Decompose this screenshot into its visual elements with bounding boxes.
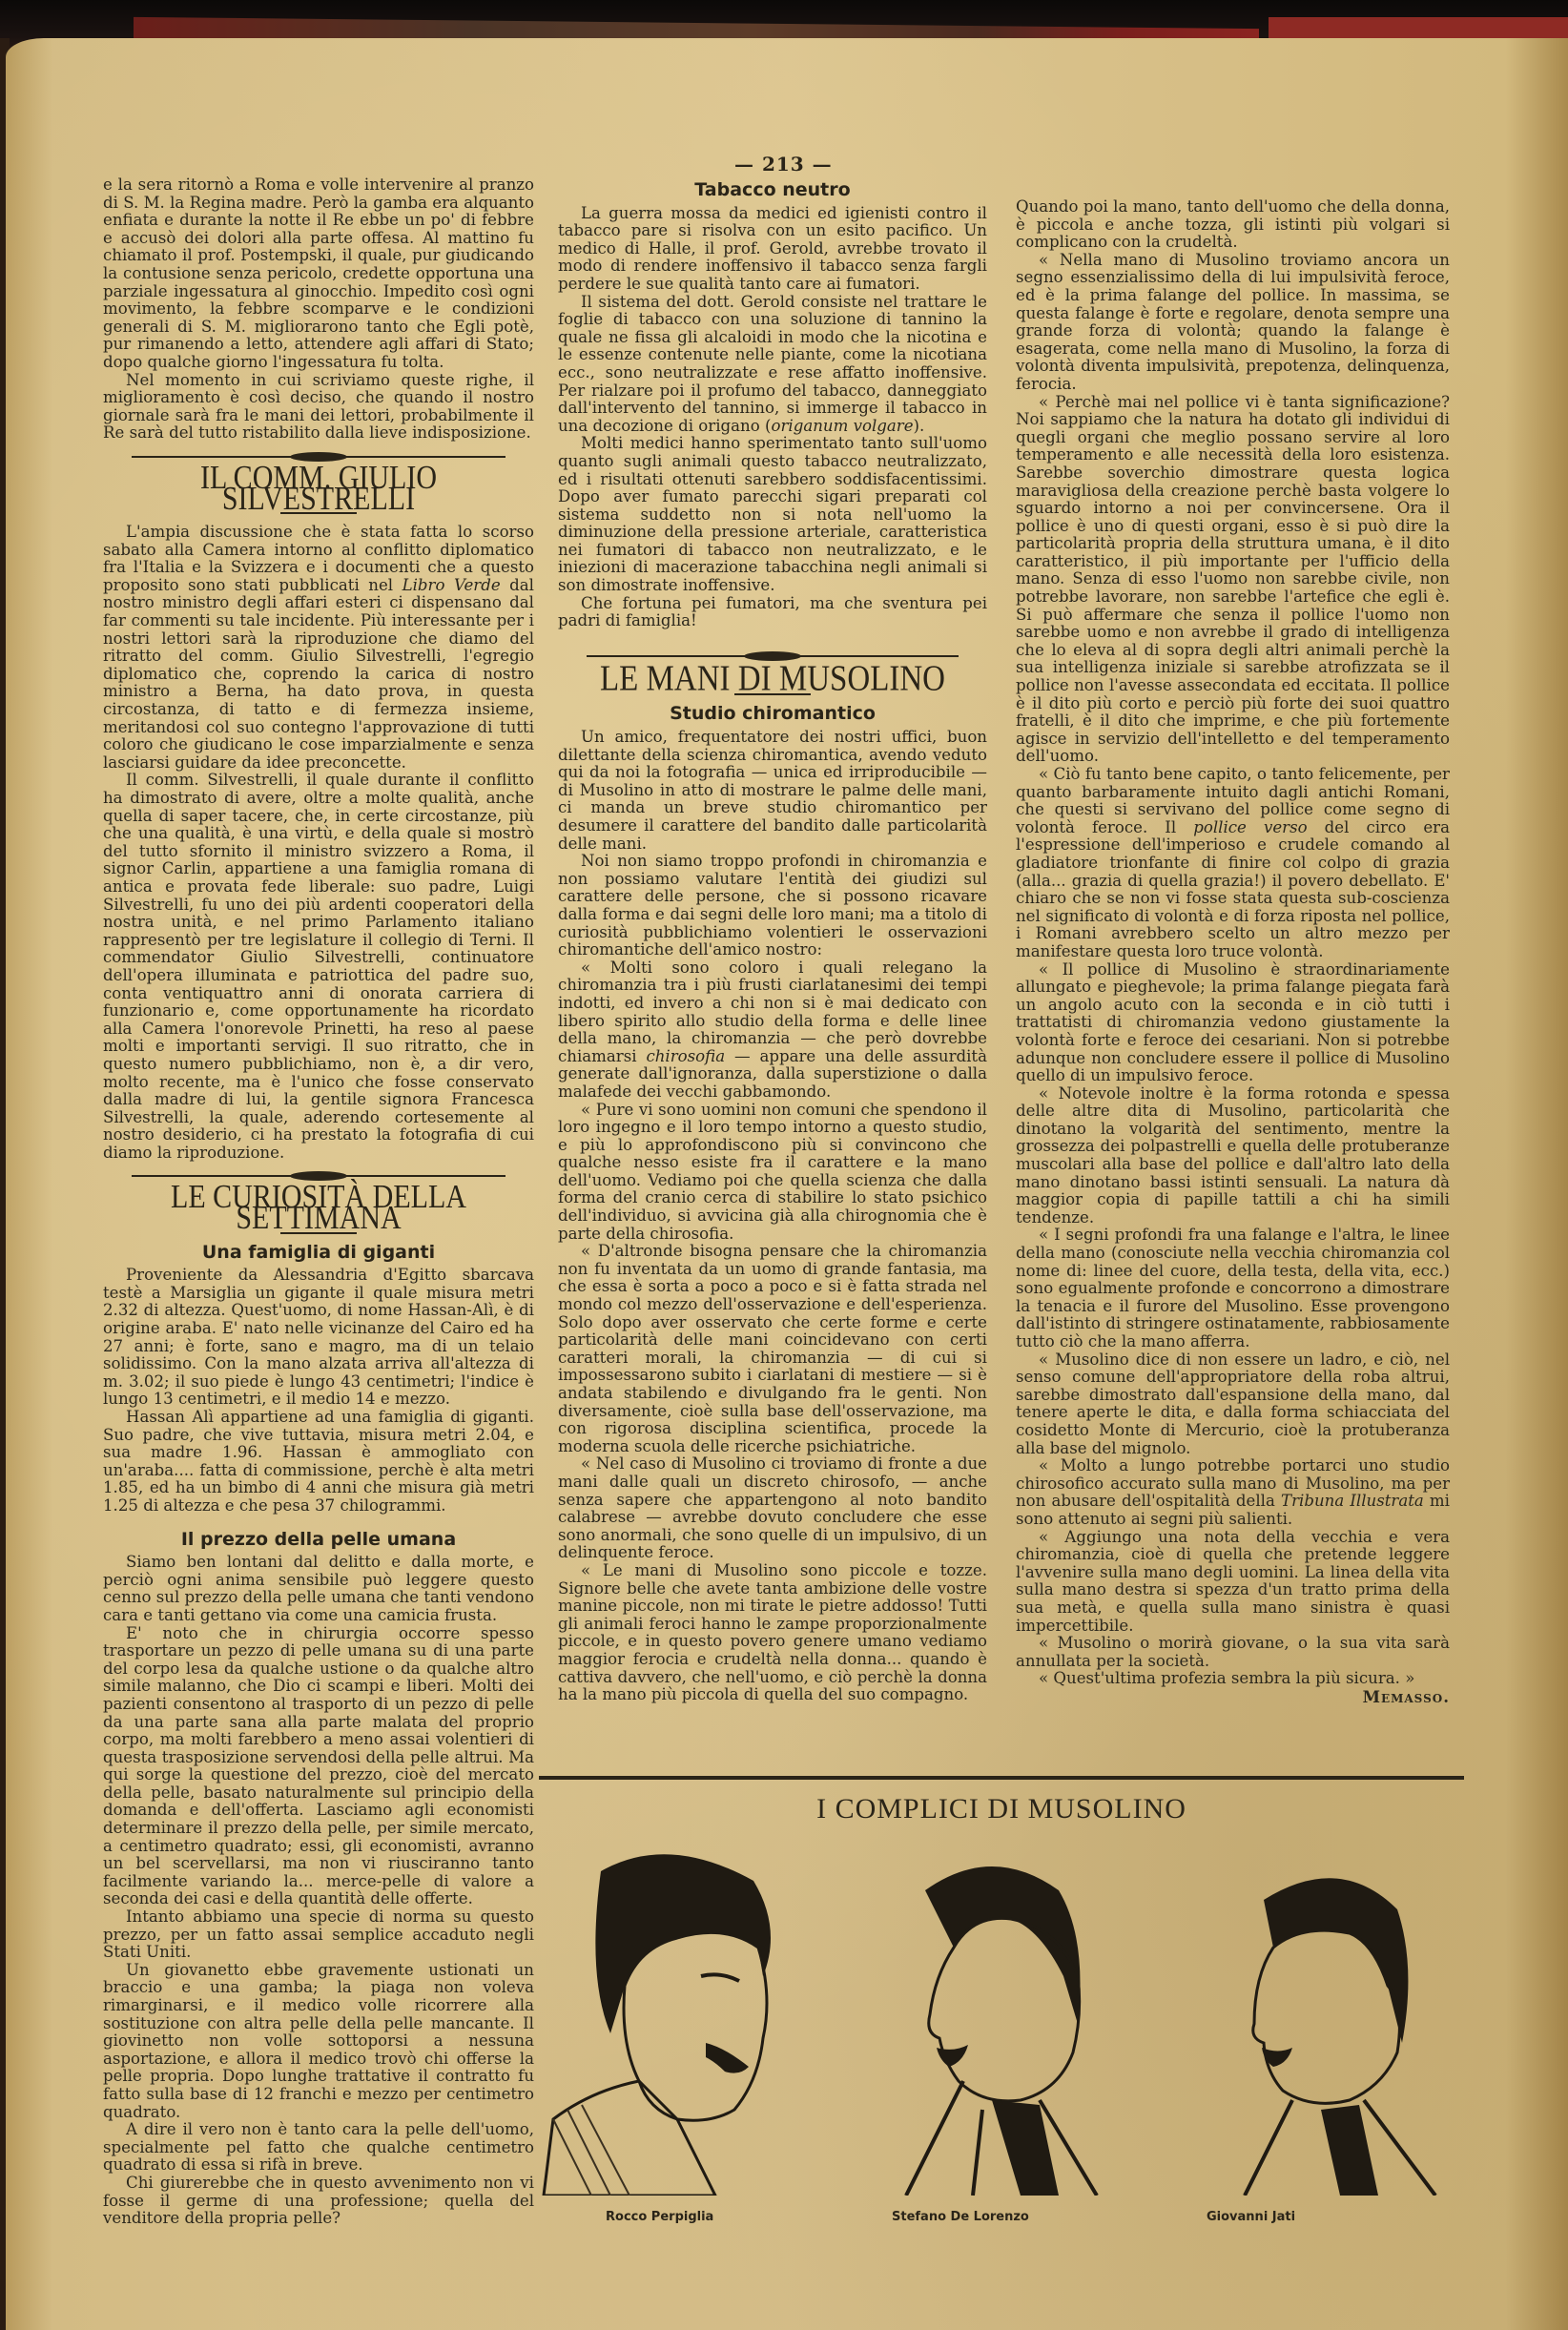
article-paragraph: « Nel caso di Musolino ci troviamo di fr…: [558, 1455, 987, 1562]
caption-portrait-3: Giovanni Jati: [1207, 2210, 1295, 2224]
italic-publication-name: Tribuna Illustrata: [1281, 1492, 1424, 1510]
article-paragraph: Intanto abbiamo una specie di norma su q…: [103, 1908, 534, 1962]
headline-musolino: LE MANI DI MUSOLINO: [558, 669, 987, 689]
headline-curiosita: LE CURIOSITÀ DELLA SETTIMANA: [103, 1188, 534, 1229]
article-paragraph: « Perchè mai nel pollice vi è tanta sign…: [1016, 394, 1450, 766]
article-paragraph: L'ampia discussione che è stata fatta lo…: [103, 524, 534, 772]
page-number: — 213 —: [734, 153, 833, 175]
italic-latin-name: origanum volgare: [771, 417, 913, 435]
article-paragraph: Nel momento in cui scriviamo queste righ…: [103, 372, 534, 443]
article-paragraph: Il comm. Silvestrelli, il quale durante …: [103, 772, 534, 1162]
complici-illustration: I COMPLICI DI MUSOLINO Rocco Perpigl: [539, 1776, 1464, 2234]
article-paragraph: « Molto a lungo potrebbe portarci uno st…: [1016, 1457, 1450, 1528]
caption-portrait-2: Stefano De Lorenzo: [892, 2210, 1029, 2224]
man-profile-icon: [849, 1833, 1154, 2196]
article-paragraph: « I segni profondi fra una falange e l'a…: [1016, 1227, 1450, 1351]
article-paragraph: Il sistema del dott. Gerold consiste nel…: [558, 294, 987, 436]
article-paragraph: Quando poi la mano, tanto dell'uomo che …: [1016, 198, 1450, 252]
article-paragraph: Chi giurerebbe che in questo avvenimento…: [103, 2175, 534, 2228]
article-paragraph: Un amico, frequentatore dei nostri uffic…: [558, 729, 987, 853]
italic-term: chirosofia: [646, 1047, 725, 1065]
article-paragraph: e la sera ritornò a Roma e volle interve…: [103, 176, 534, 372]
column-left: e la sera ritornò a Roma e volle interve…: [103, 176, 534, 2228]
subhead-giganti: Una famiglia di giganti: [103, 1244, 534, 1262]
article-paragraph: Che fortuna pei fumatori, ma che sventur…: [558, 595, 987, 630]
article-paragraph: Siamo ben lontani dal delitto e dalla mo…: [103, 1554, 534, 1624]
man-profile-icon: [1159, 1833, 1464, 2196]
man-profile-icon: [534, 1833, 839, 2196]
illustration-title: I COMPLICI DI MUSOLINO: [539, 1793, 1464, 1825]
subhead-tabacco: Tabacco neutro: [558, 181, 987, 199]
article-paragraph: Un giovanetto ebbe gravemente ustionati …: [103, 1962, 534, 2121]
article-paragraph: « Quest'ultima profezia sembra la più si…: [1016, 1670, 1450, 1688]
portrait-engraving-3: [1159, 1833, 1464, 2196]
article-paragraph: « Musolino o morirà giovane, o la sua vi…: [1016, 1635, 1450, 1670]
article-paragraph: « Notevole inoltre è la forma rotonda e …: [1016, 1085, 1450, 1227]
article-paragraph: Hassan Alì appartiene ad una famiglia di…: [103, 1409, 534, 1516]
article-paragraph: « Molti sono coloro i quali relegano la …: [558, 959, 987, 1102]
italic-term: pollice verso: [1193, 818, 1307, 836]
column-middle: Tabacco neutro La guerra mossa da medici…: [558, 181, 987, 1704]
article-paragraph: « Ciò fu tanto bene capito, o tanto feli…: [1016, 766, 1450, 961]
article-paragraph: « Il pollice di Musolino è straordinaria…: [1016, 961, 1450, 1085]
article-paragraph: Noi non siamo troppo profondi in chiroma…: [558, 853, 987, 959]
subhead-studio: Studio chiromantico: [558, 705, 987, 723]
caption-portrait-1: Rocco Perpiglia: [606, 2210, 713, 2224]
article-paragraph: E' noto che in chirurgia occorre spesso …: [103, 1625, 534, 1909]
column-right: Quando poi la mano, tanto dell'uomo che …: [1016, 198, 1450, 1705]
portrait-engraving-2: [849, 1833, 1154, 2196]
article-paragraph: A dire il vero non è tanto cara la pelle…: [103, 2121, 534, 2175]
portrait-engraving-1: [534, 1833, 839, 2196]
article-paragraph: « Musolino dice di non essere un ladro, …: [1016, 1351, 1450, 1458]
subhead-pelle: Il prezzo della pelle umana: [103, 1531, 534, 1549]
article-paragraph: « Nella mano di Musolino troviamo ancora…: [1016, 252, 1450, 394]
article-paragraph: Molti medici hanno sperimentato tanto su…: [558, 435, 987, 594]
headline-silvestrelli: IL COMM. GIULIO SILVESTRELLI: [103, 468, 534, 509]
article-paragraph: « Aggiungo una nota della vecchia e vera…: [1016, 1529, 1450, 1636]
article-paragraph: Proveniente da Alessandria d'Egitto sbar…: [103, 1267, 534, 1409]
article-paragraph: « D'altronde bisogna pensare che la chir…: [558, 1243, 987, 1455]
author-signature: Memasso.: [1016, 1688, 1450, 1706]
section-rule: [539, 1776, 1464, 1780]
italic-book-title: Libro Verde: [402, 576, 501, 594]
article-paragraph: « Pure vi sono uomini non comuni che spe…: [558, 1102, 987, 1244]
article-paragraph: La guerra mossa da medici ed igienisti c…: [558, 205, 987, 294]
article-paragraph: « Le mani di Musolino sono piccole e toz…: [558, 1562, 987, 1704]
